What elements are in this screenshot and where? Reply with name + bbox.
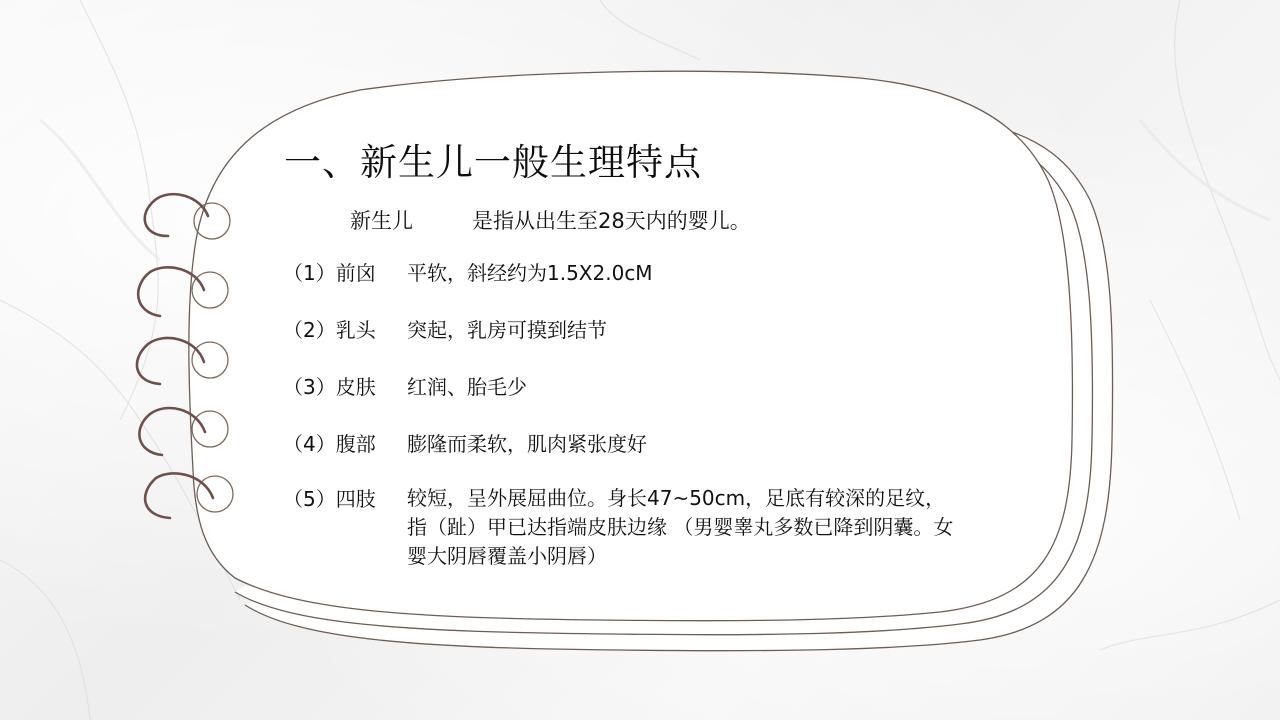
item-desc: 平软，斜经约为1.5X2.0cM	[407, 258, 653, 288]
intro-definition: 新生儿是指从出生至28天内的婴儿。	[350, 205, 751, 235]
intro-term: 新生儿	[350, 205, 472, 235]
list-item-skin: （3）皮肤红润、胎毛少	[283, 372, 527, 402]
item-desc: 红润、胎毛少	[407, 372, 527, 402]
item-desc: 突起，乳房可摸到结节	[407, 315, 607, 345]
item-label: （2）乳头	[283, 315, 407, 345]
item-label: （1）前囟	[283, 258, 407, 288]
slide-content: 一、新生儿一般生理特点 新生儿是指从出生至28天内的婴儿。 （1）前囟平软，斜经…	[0, 0, 1280, 720]
slide: 一、新生儿一般生理特点 新生儿是指从出生至28天内的婴儿。 （1）前囟平软，斜经…	[0, 0, 1280, 720]
list-item-nipple: （2）乳头突起，乳房可摸到结节	[283, 315, 607, 345]
intro-text: 是指从出生至28天内的婴儿。	[472, 209, 751, 233]
item-label: （3）皮肤	[283, 372, 407, 402]
slide-title: 一、新生儿一般生理特点	[284, 132, 702, 186]
item-desc: 较短，呈外展屈曲位。身长47~50cm，足底有较深的足纹，指（趾）甲已达指端皮肤…	[407, 484, 957, 571]
list-item-limbs: （5）四肢较短，呈外展屈曲位。身长47~50cm，足底有较深的足纹，指（趾）甲已…	[283, 484, 957, 571]
list-item-fontanelle: （1）前囟平软，斜经约为1.5X2.0cM	[283, 258, 653, 288]
list-item-abdomen: （4）腹部膨隆而柔软，肌肉紧张度好	[283, 429, 647, 459]
item-label: （5）四肢	[283, 484, 407, 514]
item-desc: 膨隆而柔软，肌肉紧张度好	[407, 429, 647, 459]
item-label: （4）腹部	[283, 429, 407, 459]
